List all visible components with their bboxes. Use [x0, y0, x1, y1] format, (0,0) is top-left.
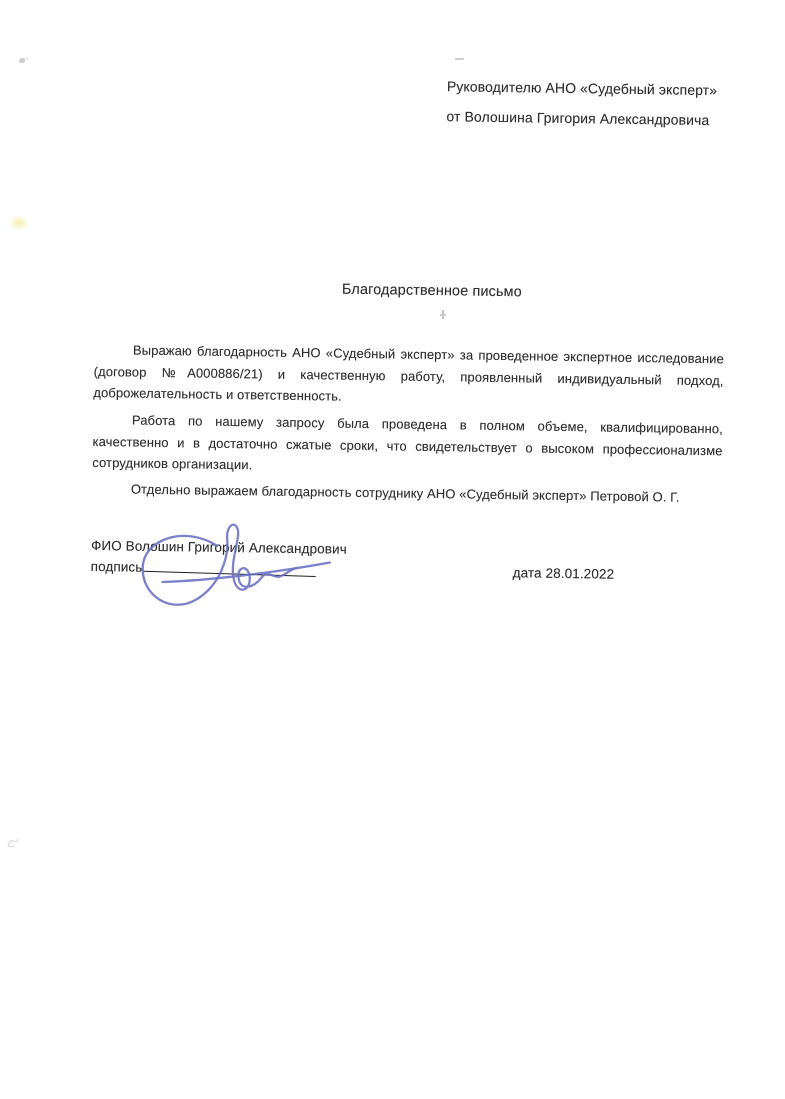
scan-squiggle-bottom-left — [6, 834, 20, 850]
date-line: дата 28.01.2022 — [513, 565, 615, 582]
letter-body: Руководителю АНО «Судебный эксперт» от В… — [89, 78, 728, 707]
scan-yellow-stain — [10, 216, 28, 230]
scanned-letter-page: Руководителю АНО «Судебный эксперт» от В… — [0, 0, 785, 1099]
handwritten-signature — [126, 518, 338, 626]
scan-dash-above-header — [455, 58, 464, 60]
recipient-line-1: Руководителю АНО «Судебный эксперт» — [447, 78, 717, 98]
paragraph-3: Отдельно выражаем благодарность сотрудни… — [92, 478, 722, 509]
scan-speck-top-left — [19, 58, 25, 63]
paragraph-2: Работа по нашему запросу была проведена … — [92, 409, 723, 483]
paragraph-1: Выражаю благодарность АНО «Судебный эксп… — [93, 339, 724, 413]
letter-title: Благодарственное письмо — [342, 282, 522, 301]
recipient-line-2: от Волошина Григория Александровича — [446, 108, 709, 128]
paragraph-3-line-1: Отдельно выражаем благодарность сотрудни… — [92, 478, 722, 509]
letter-title-wrap: Благодарственное письмо — [95, 278, 725, 303]
